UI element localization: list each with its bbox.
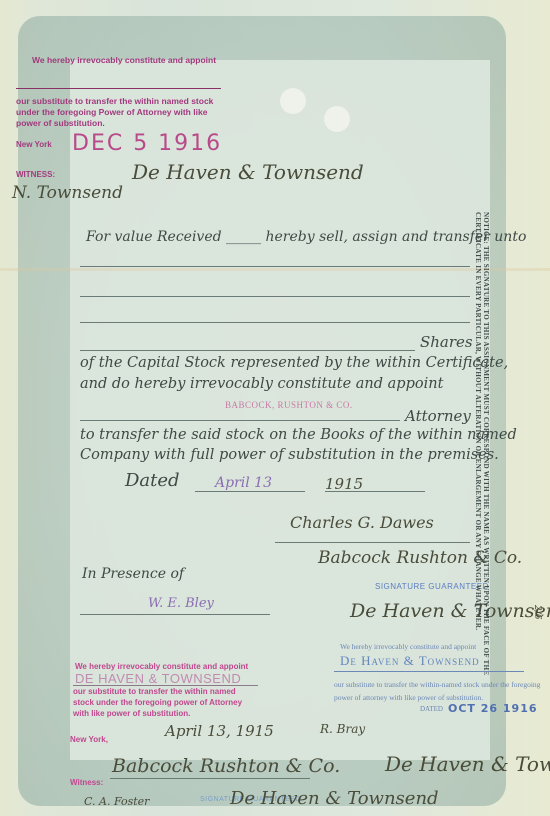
shares-line <box>80 350 415 351</box>
top-stamp-heading: We hereby irrevocably constitute and app… <box>32 55 216 65</box>
blue-stamp-body: our substitute to transfer the within-na… <box>334 678 544 704</box>
attorney-label: Attorney <box>405 407 471 425</box>
punch-hole <box>280 88 306 114</box>
shares-label: Shares <box>420 333 473 351</box>
babcock-signature: Babcock Rushton & Co. <box>318 548 522 568</box>
pink-stamp-witness-signature: C. A. Foster <box>84 795 149 808</box>
pink-stamp-heading: We hereby irrevocably constitute and app… <box>75 662 248 671</box>
top-stamp-body: our substitute to transfer the within na… <box>16 96 231 129</box>
blue-stamp-signature: De Haven & Townsend <box>385 752 550 776</box>
pink-stamp-body: our substitute to transfer the within na… <box>73 686 258 719</box>
top-stamp-witness-signature: N. Townsend <box>12 183 123 203</box>
presence-signature: W. E. Bley <box>148 596 214 611</box>
owner-signature: Charles G. Dawes <box>290 513 434 532</box>
dated-label: Dated <box>125 470 180 491</box>
pink-stamp-name: DE HAVEN & TOWNSEND <box>75 671 241 686</box>
blue-stamp-heading: We hereby irrevocably constitute and app… <box>340 642 476 651</box>
year-line <box>325 491 425 492</box>
assignee-line <box>80 296 470 297</box>
blue-stamp-dated-label: DATED <box>420 705 443 713</box>
pink-stamp-place: New York, <box>70 735 108 744</box>
owner-signature-line <box>275 542 470 543</box>
top-stamp-witness-label: WITNESS: <box>16 170 55 179</box>
margin-note: 2/6 <box>532 605 542 619</box>
top-stamp-rule <box>16 88 221 89</box>
assignee-line <box>80 266 470 267</box>
presence-line <box>80 614 270 615</box>
assignment-line-2: of the Capital Stock represented by the … <box>80 355 508 371</box>
top-stamp-signature: De Haven & Townsend <box>132 160 364 184</box>
blue-stamp-name: De Haven & Townsend <box>340 653 480 669</box>
guarantor-signature: De Haven & Townsend <box>350 600 550 622</box>
dated-value: April 13 <box>215 475 272 491</box>
assignee-line <box>80 322 470 323</box>
assignment-line-5: Company with full power of substitution … <box>80 447 499 463</box>
pink-stamp-witness-label: Witness: <box>70 778 103 787</box>
vertical-notice: NOTICE: THE SIGNATURE TO THIS ASSIGNMENT… <box>468 212 490 682</box>
blue-stamp-witness-signature: R. Bray <box>320 722 365 736</box>
assignment-line-3: and do hereby irrevocably constitute and… <box>80 376 443 392</box>
top-stamp-place: New York <box>16 140 52 149</box>
top-stamp-date: DEC 5 1916 <box>72 131 222 156</box>
attorney-line <box>80 420 400 421</box>
pink-stamp-signature-line <box>110 778 310 779</box>
pink-stamp-signature: Babcock Rushton & Co. <box>112 755 340 777</box>
dated-line <box>195 491 305 492</box>
assignment-line-4: to transfer the said stock on the Books … <box>80 427 517 443</box>
attorney-stamp: BABCOCK, RUSHTON & CO. <box>225 400 353 410</box>
pink-stamp-date: April 13, 1915 <box>165 722 274 740</box>
blue-stamp-rule <box>334 671 524 672</box>
assignment-line-1: For value Received _____ hereby sell, as… <box>86 229 526 245</box>
bottom-guarantor-signature: De Haven & Townsend <box>230 788 439 809</box>
punch-hole <box>324 106 350 132</box>
blue-stamp-date: OCT 26 1916 <box>448 702 538 715</box>
presence-label: In Presence of <box>82 566 184 582</box>
